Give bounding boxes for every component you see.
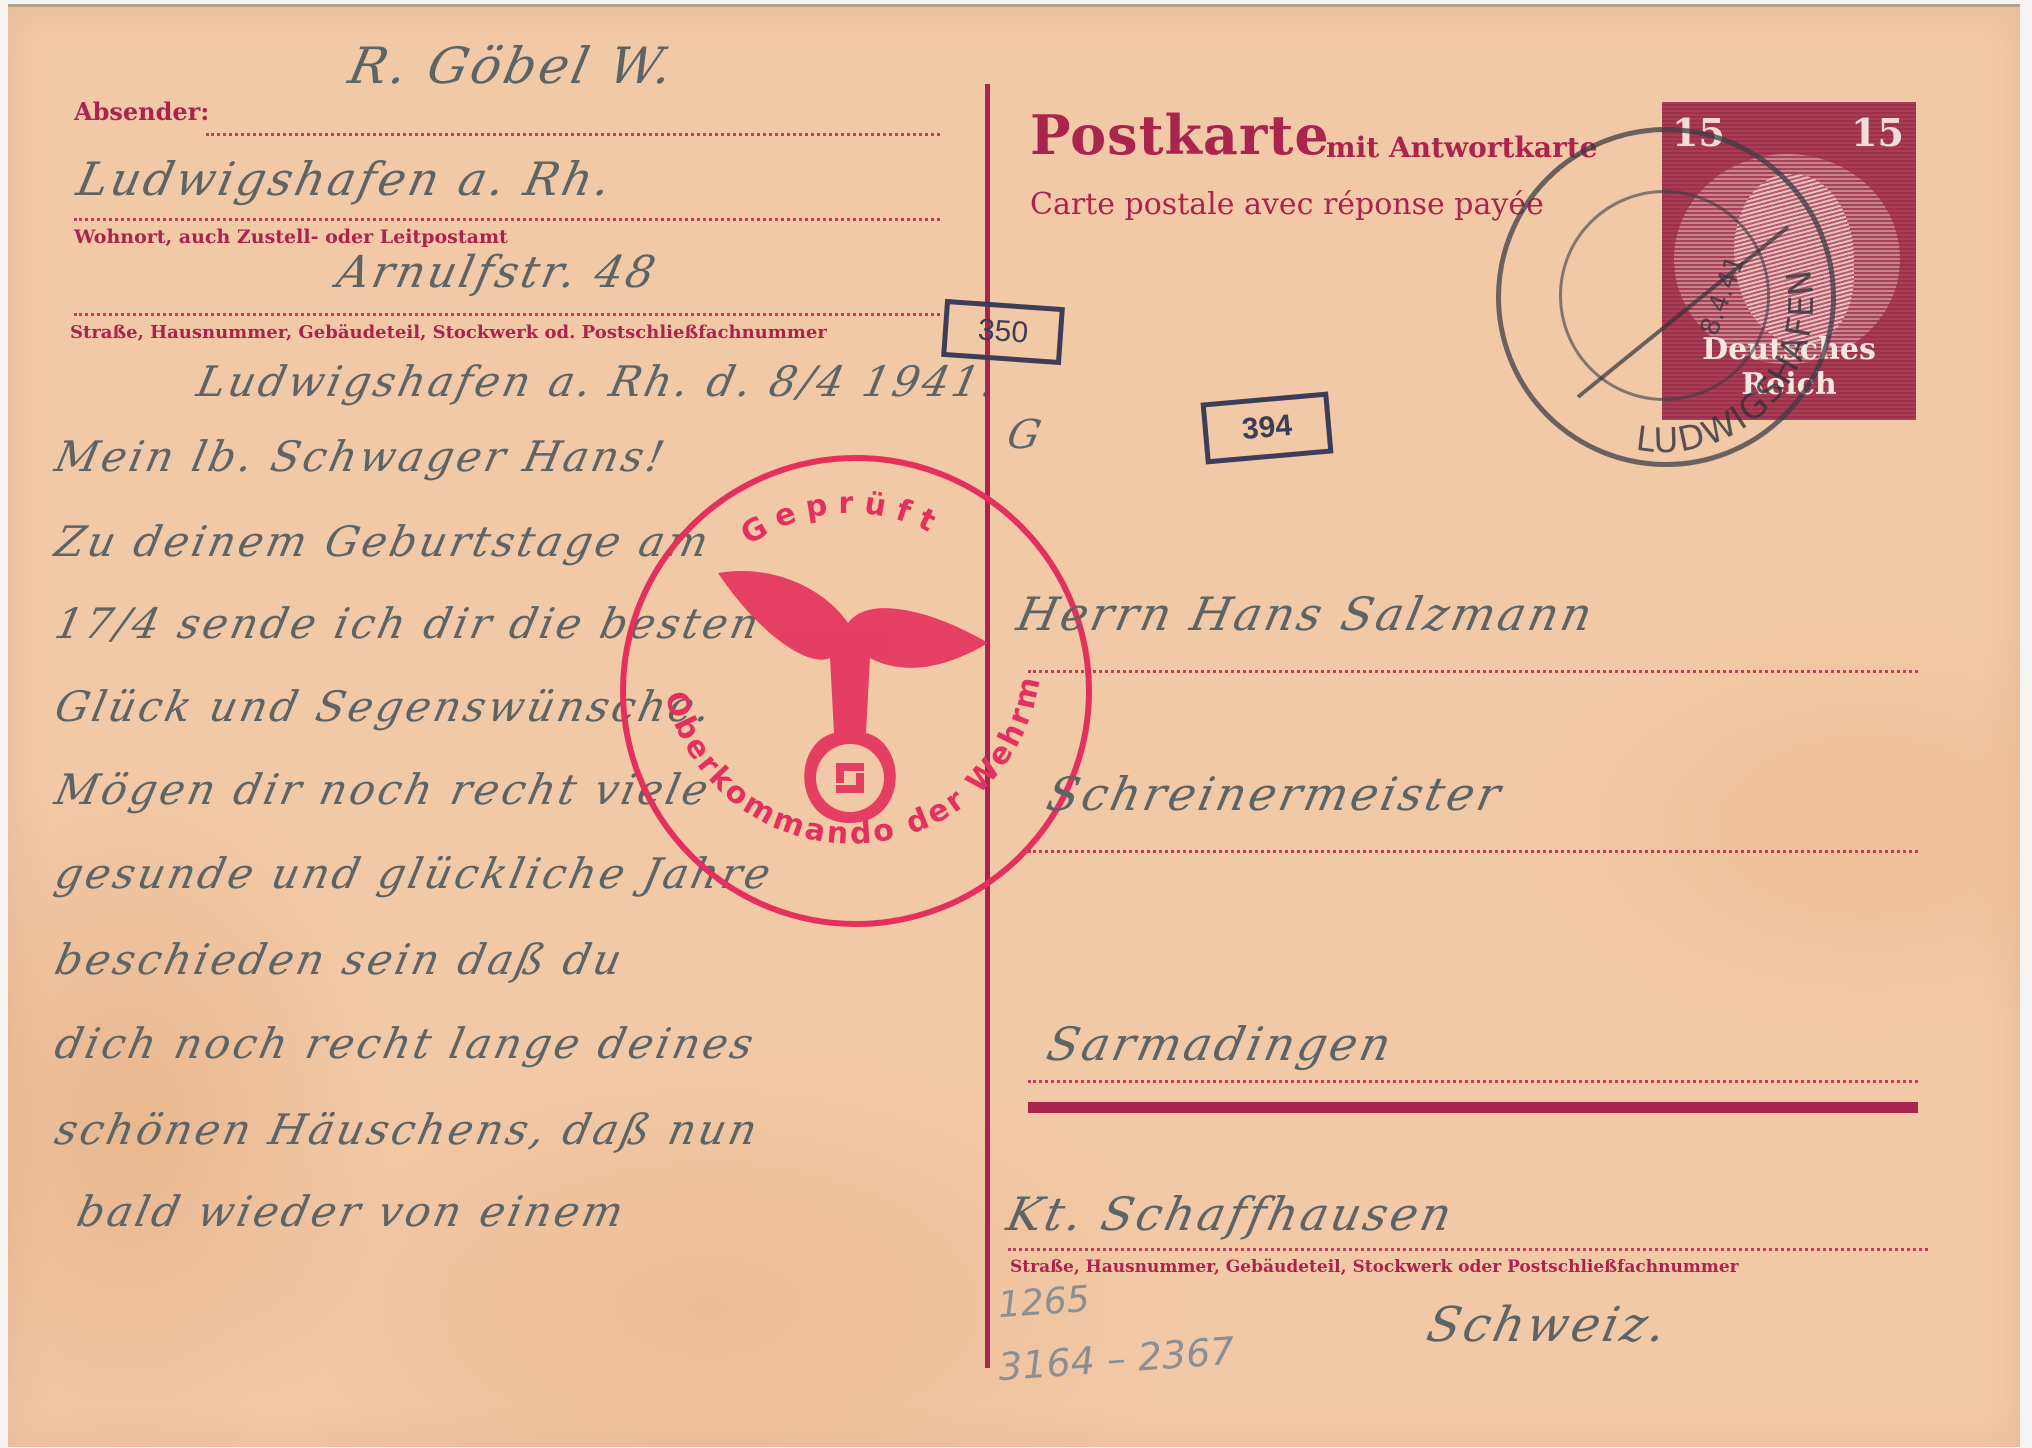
card-subtitle-fr: Carte postale avec réponse payée [1030, 187, 1544, 222]
handwritten-sender-name: R. Göbel W. [344, 37, 681, 95]
absender-label: Absender: [74, 97, 209, 126]
strasse-label-recipient: Straße, Hausnummer, Gebäudeteil, Stockwe… [1010, 1257, 1739, 1277]
letter-line: beschieden sein daß du [51, 935, 629, 984]
recipient-line-3 [1028, 1080, 1918, 1083]
censor-stamp: Geprüft Oberkommando der Wehrmacht [608, 443, 1092, 927]
stamp-value-right: 15 [1851, 110, 1904, 155]
letter-line: Mein lb. Schwager Hans! [51, 432, 672, 481]
postcard: R. Göbel W. Absender: Ludwigshafen a. Rh… [8, 4, 2020, 1447]
handwritten-sender-city: Ludwigshafen a. Rh. [72, 152, 618, 206]
number-box-394: 394 [1201, 392, 1334, 465]
recipient-line: Schweiz. [1422, 1297, 1674, 1353]
pencil-note: 1265 [997, 1279, 1091, 1326]
letter-line: schönen Häuschens, daß nun [51, 1105, 765, 1154]
sender-street-line [74, 313, 940, 316]
sender-city-line [74, 218, 940, 221]
postmark-text: LUDWIGSHAFEN 8.4.41 [1488, 127, 1838, 477]
recipient-line-2 [1028, 850, 1918, 853]
card-title: Postkarte [1030, 103, 1330, 167]
recipient-line: Herrn Hans Salzmann [1012, 587, 1600, 641]
svg-text:Geprüft: Geprüft [735, 486, 950, 552]
handwritten-sender-street: Arnulfstr. 48 [333, 247, 663, 298]
pencil-note: 3164 – 2367 [997, 1329, 1236, 1389]
wohnort-label: Wohnort, auch Zustell- oder Leitpostamt [74, 226, 508, 248]
recipient-street-line [1008, 1248, 1928, 1251]
letter-line: bald wieder von einem [73, 1187, 631, 1236]
number-box-350: 350 [941, 299, 1065, 365]
recipient-line: Sarmadingen [1042, 1017, 1399, 1071]
recipient-city-underline [1028, 1102, 1918, 1113]
recipient-line: Schreinermeister [1042, 767, 1508, 821]
recipient-line: Kt. Schaffhausen [1002, 1187, 1459, 1241]
letter-date-line: Ludwigshafen a. Rh. d. 8/4 1941. [193, 357, 1004, 406]
letter-line: dich noch recht lange deines [51, 1019, 761, 1068]
sender-name-line [206, 133, 940, 136]
strasse-label-sender: Straße, Hausnummer, Gebäudeteil, Stockwe… [70, 322, 827, 343]
recipient-line-1 [1028, 670, 1918, 673]
